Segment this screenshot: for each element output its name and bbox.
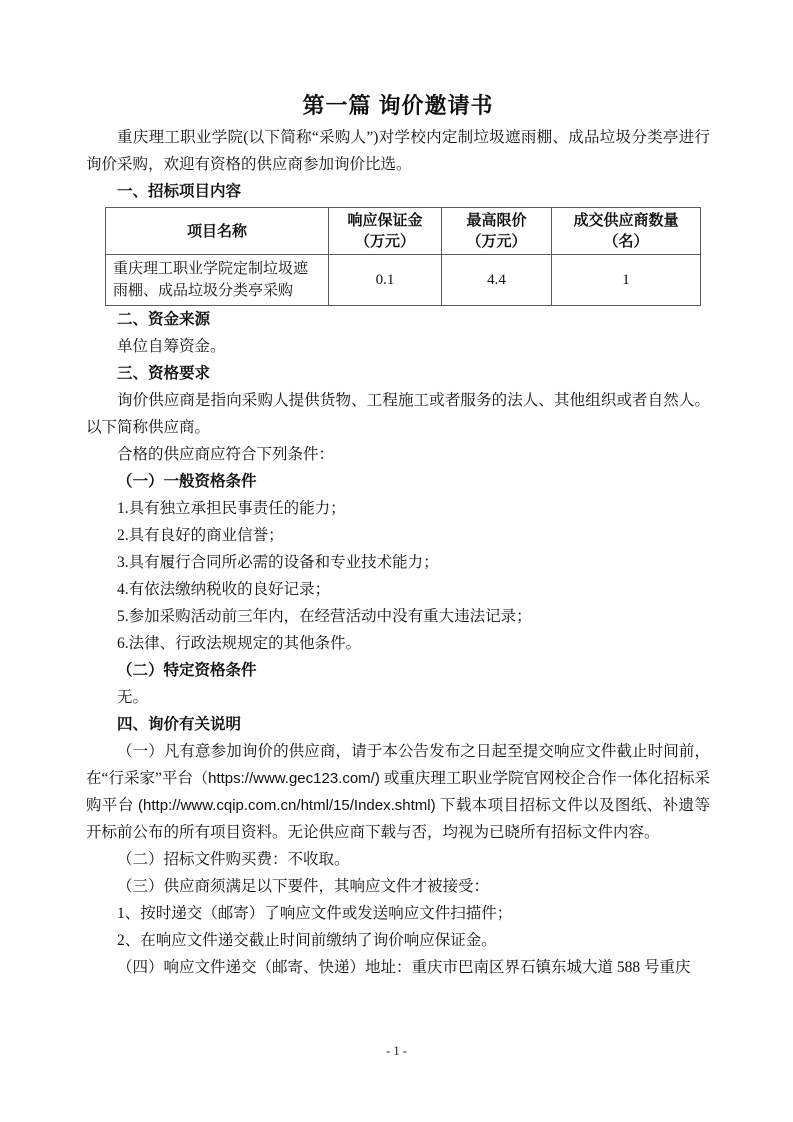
general-item-1: 1.具有独立承担民事责任的能力； bbox=[86, 495, 710, 522]
section-4-item-3-sub-1: 1、按时递交（邮寄）了响应文件或发送响应文件扫描件； bbox=[86, 900, 710, 927]
section-2-body: 单位自筹资金。 bbox=[86, 333, 710, 360]
cell-supplier-count: 1 bbox=[552, 255, 701, 306]
section-1-heading: 一、招标项目内容 bbox=[86, 178, 710, 205]
cqip-url: (http://www.cqip.com.cn/html/15/Index.sh… bbox=[138, 797, 436, 814]
section-4-item-1: （一）凡有意参加询价的供应商，请于本公告发布之日起至提交响应文件截止时间前，在“… bbox=[86, 738, 710, 846]
specific-qualification-heading: （二）特定资格条件 bbox=[86, 657, 710, 684]
section-4-heading: 四、询价有关说明 bbox=[86, 711, 710, 738]
general-item-4: 4.有依法缴纳税收的良好记录； bbox=[86, 576, 710, 603]
gec123-url: （https://www.gec123.com/) bbox=[193, 770, 380, 787]
col-header-project-name: 项目名称 bbox=[106, 208, 329, 255]
section-4-item-3: （三）供应商须满足以下要件，其响应文件才被接受： bbox=[86, 873, 710, 900]
cell-project-name: 重庆理工职业学院定制垃圾遮雨棚、成品垃圾分类亭采购 bbox=[106, 255, 329, 306]
cell-deposit: 0.1 bbox=[329, 255, 442, 306]
general-item-6: 6.法律、行政法规规定的其他条件。 bbox=[86, 630, 710, 657]
general-qualification-heading: （一）一般资格条件 bbox=[86, 468, 710, 495]
col-header-max-price: 最高限价 （万元） bbox=[442, 208, 552, 255]
section-3-intro: 询价供应商是指向采购人提供货物、工程施工或者服务的法人、其他组织或者自然人。以下… bbox=[86, 387, 710, 441]
section-4-item-3-sub-2: 2、在响应文件递交截止时间前缴纳了询价响应保证金。 bbox=[86, 927, 710, 954]
general-item-5: 5.参加采购活动前三年内，在经营活动中没有重大违法记录； bbox=[86, 603, 710, 630]
project-table: 项目名称 响应保证金 （万元） 最高限价 （万元） 成交供应商数量 （名） 重庆… bbox=[105, 207, 701, 306]
document-page: 第一篇 询价邀请书 重庆理工职业学院(以下简称“采购人”)对学校内定制垃圾遮雨棚… bbox=[0, 0, 793, 1122]
specific-qualification-body: 无。 bbox=[86, 684, 710, 711]
col-header-supplier-count: 成交供应商数量 （名） bbox=[552, 208, 701, 255]
col-header-deposit: 响应保证金 （万元） bbox=[329, 208, 442, 255]
section-4-item-2: （二）招标文件购买费：不收取。 bbox=[86, 846, 710, 873]
page-number: - 1 - bbox=[0, 1043, 793, 1059]
page-title: 第一篇 询价邀请书 bbox=[86, 91, 710, 121]
section-4-item-4: （四）响应文件递交（邮寄、快递）地址：重庆市巴南区界石镇东城大道 588 号重庆 bbox=[86, 954, 710, 981]
general-item-2: 2.具有良好的商业信誉； bbox=[86, 522, 710, 549]
section-3-heading: 三、资格要求 bbox=[86, 360, 710, 387]
table-row: 重庆理工职业学院定制垃圾遮雨棚、成品垃圾分类亭采购 0.1 4.4 1 bbox=[106, 255, 701, 306]
section-2-heading: 二、资金来源 bbox=[86, 306, 710, 333]
table-header-row: 项目名称 响应保证金 （万元） 最高限价 （万元） 成交供应商数量 （名） bbox=[106, 208, 701, 255]
cell-max-price: 4.4 bbox=[442, 255, 552, 306]
intro-paragraph: 重庆理工职业学院(以下简称“采购人”)对学校内定制垃圾遮雨棚、成品垃圾分类亭进行… bbox=[86, 124, 710, 178]
general-item-3: 3.具有履行合同所必需的设备和专业技术能力； bbox=[86, 549, 710, 576]
section-3-lead: 合格的供应商应符合下列条件： bbox=[86, 441, 710, 468]
